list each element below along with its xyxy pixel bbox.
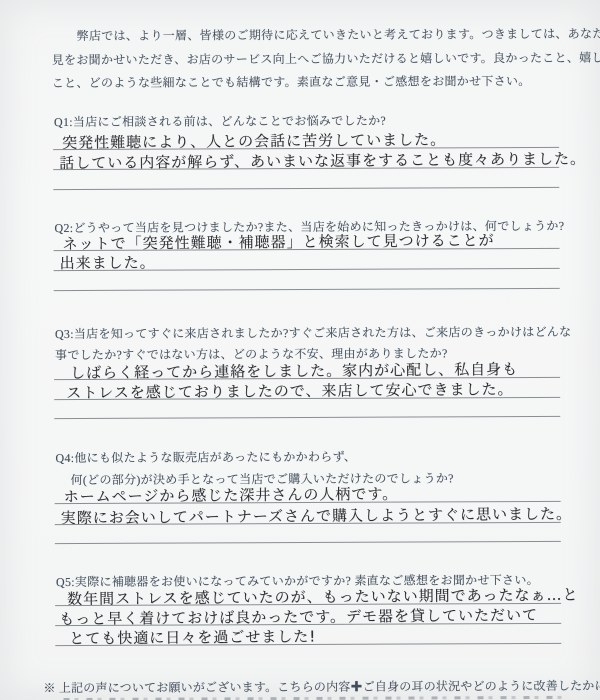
answer-rule-line [54, 416, 560, 419]
answer-rule-line [54, 288, 560, 291]
answer-rule-line [55, 541, 561, 544]
cutoff-text-sliver [64, 696, 564, 700]
footnote: ※ 上記の声についてお願いがございます。こちらの内容✚ご自身の耳の状況やどのよう… [43, 677, 600, 697]
answer-rule-line [53, 187, 559, 190]
intro-line: 見をお聞かせいただき、お店のサービス向上へご協力いただけると嬉しいです。良かった… [52, 50, 600, 69]
question-label-q3-line1: Q3:当店を知ってすぐに来店されましたか?すぐご来店された方は、ご来店のきっかけ… [55, 323, 572, 342]
question-label-q1: Q1:当店にご相談される前は、どんなことでお悩みでしたか? [54, 112, 386, 130]
intro-line: こと、どのような些細なことでも結構です。素直なご意見・ご感想をお聞かせ下さい。 [52, 73, 531, 91]
intro-line: 弊店では、より一層、皆様のご期待に応えていきたいと考えております。つきましては、… [77, 25, 600, 44]
question-label-q4-line1: Q4:他にも似たような販売店があったにもかかわらず、 [55, 448, 356, 466]
scan-tilt-wrapper: 弊店では、より一層、皆様のご期待に応えていきたいと考えております。つきましては、… [0, 0, 600, 700]
scanned-survey-page: 弊店では、より一層、皆様のご期待に応えていきたいと考えております。つきましては、… [0, 0, 600, 700]
